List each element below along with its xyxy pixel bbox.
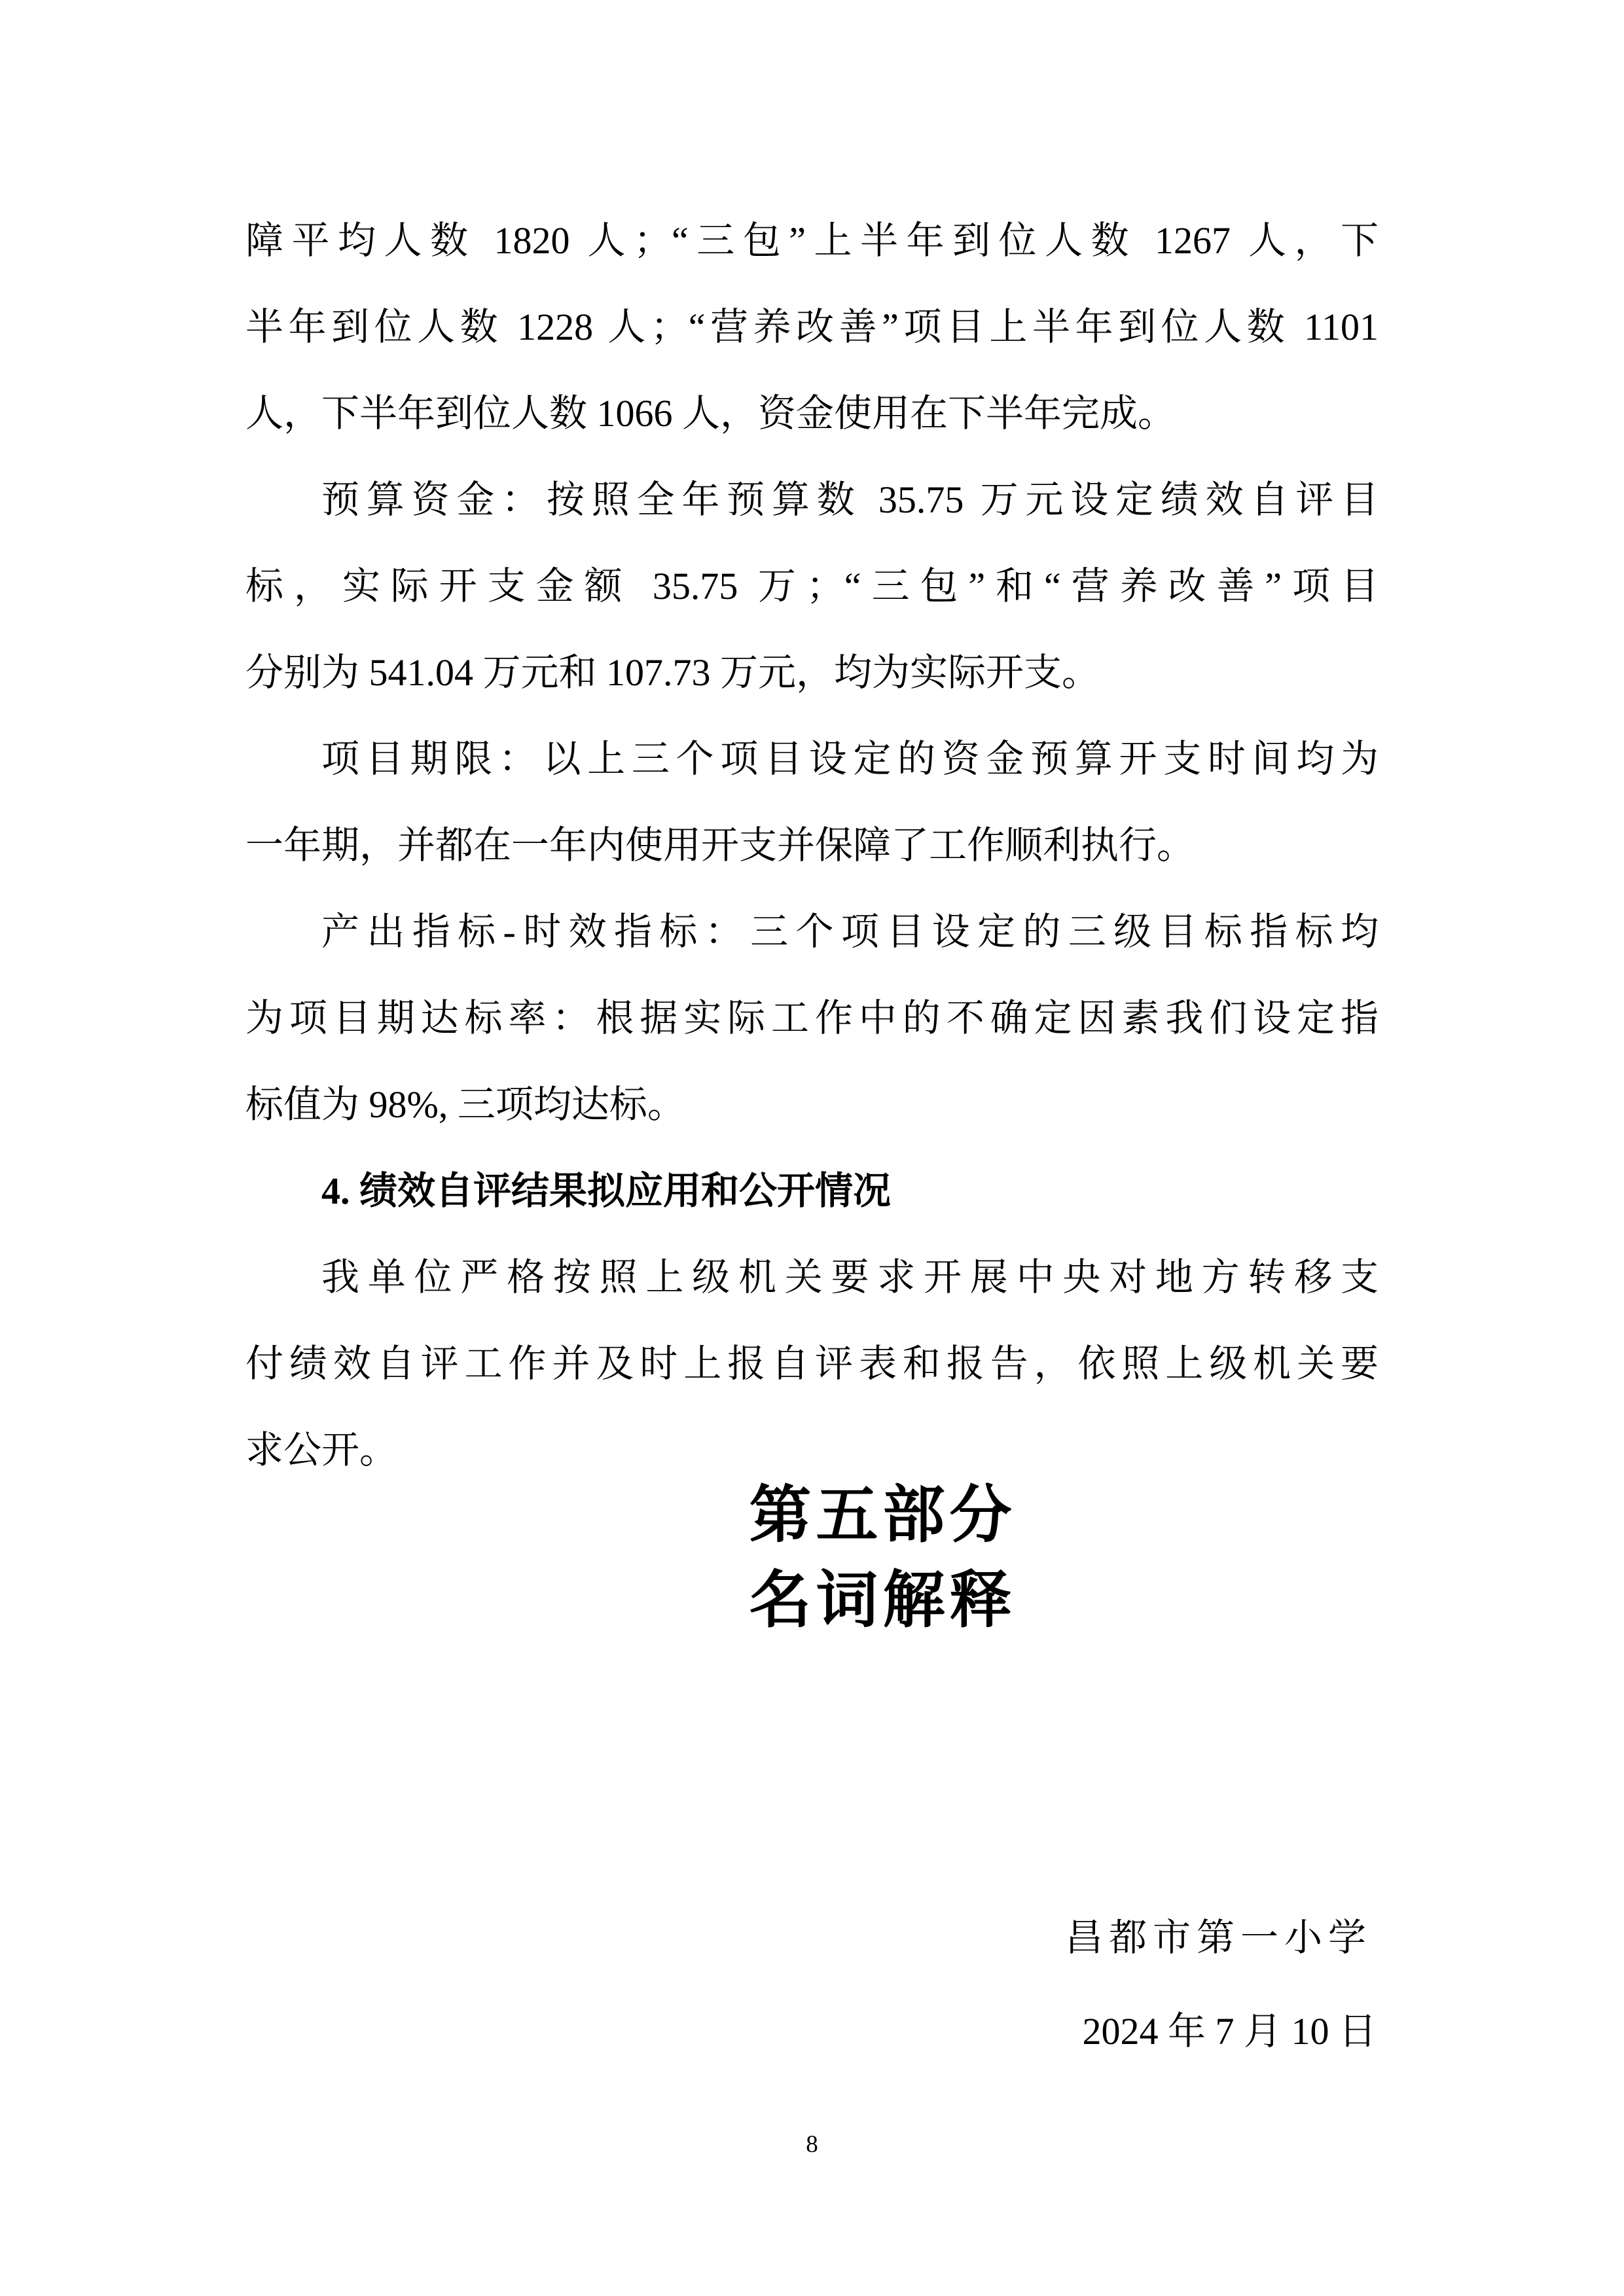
body-line: 产出指标-时效指标：三个项目设定的三级目标指标均	[245, 889, 1379, 975]
body-line: 人，下半年到位人数 1066 人，资金使用在下半年完成。	[245, 370, 1379, 457]
body-line: 半年到位人数 1228 人；“营养改善”项目上半年到位人数 1101	[245, 284, 1379, 370]
body-line: 一年期，并都在一年内使用开支并保障了工作顺利执行。	[245, 802, 1379, 889]
signature-organization: 昌都市第一小学	[1065, 1914, 1372, 1962]
section-heading-part: 第五部分	[316, 1473, 1449, 1558]
body-text: 障平均人数 1820 人；“三包”上半年到位人数 1267 人，下 半年到位人数…	[245, 198, 1379, 1494]
body-subheading: 4. 绩效自评结果拟应用和公开情况	[245, 1148, 1379, 1234]
section-heading: 第五部分 名词解释	[316, 1473, 1449, 1643]
body-line: 标值为 98%, 三项均达标。	[245, 1062, 1379, 1148]
body-line: 付绩效自评工作并及时上报自评表和报告，依照上级机关要	[245, 1321, 1379, 1407]
section-heading-title: 名词解释	[316, 1558, 1449, 1643]
body-line: 项目期限：以上三个项目设定的资金预算开支时间均为	[245, 716, 1379, 802]
body-line: 标，实际开支金额 35.75 万；“三包”和“营养改善”项目	[245, 543, 1379, 630]
document-page: 障平均人数 1820 人；“三包”上半年到位人数 1267 人，下 半年到位人数…	[0, 0, 1624, 2296]
signature-date: 2024 年 7 月 10 日	[1082, 2008, 1377, 2055]
body-line: 分别为 541.04 万元和 107.73 万元，均为实际开支。	[245, 630, 1379, 716]
page-number: 8	[0, 2131, 1624, 2159]
body-line: 障平均人数 1820 人；“三包”上半年到位人数 1267 人，下	[245, 198, 1379, 284]
body-line: 预算资金：按照全年预算数 35.75 万元设定绩效自评目	[245, 457, 1379, 543]
body-line: 为项目期达标率：根据实际工作中的不确定因素我们设定指	[245, 975, 1379, 1062]
body-line: 我单位严格按照上级机关要求开展中央对地方转移支	[245, 1234, 1379, 1321]
